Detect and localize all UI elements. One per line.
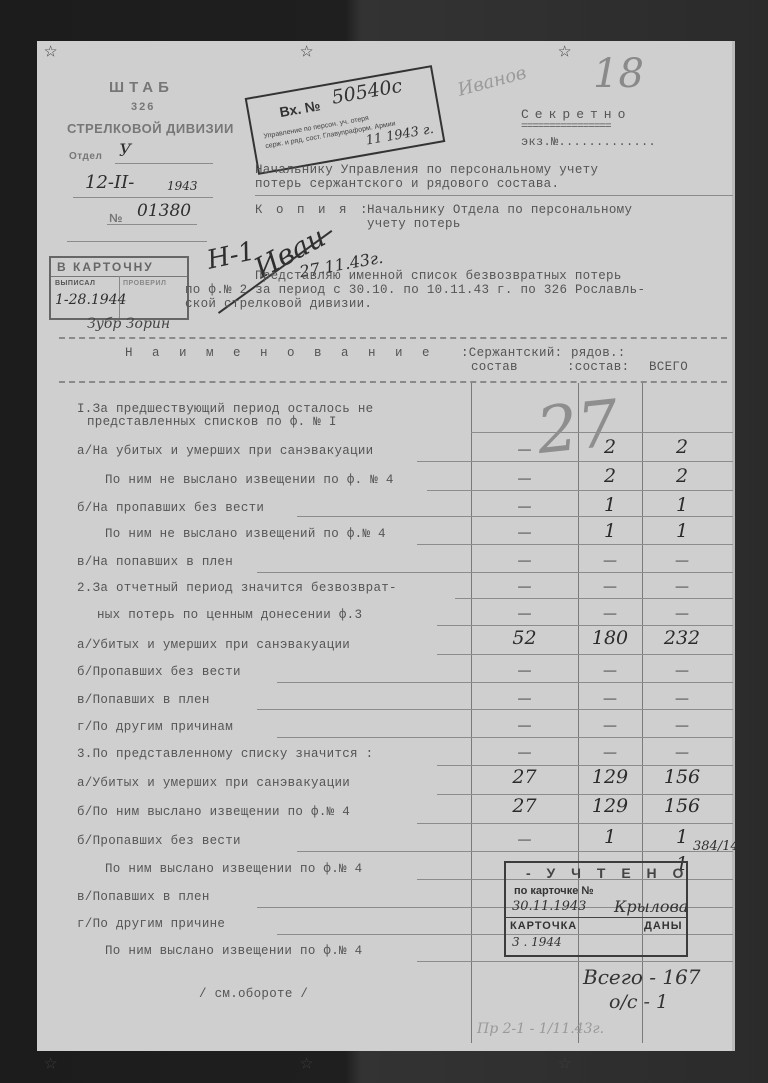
star-watermark-icon: ☆: [44, 1050, 57, 1076]
accounted-date: 30.11.1943: [512, 899, 586, 914]
year-value: 1943: [167, 179, 198, 193]
accounted-stamp: - У Ч Т Е Н О по карточке № 30.11.1943 К…: [504, 861, 688, 957]
row-rule: [277, 682, 733, 683]
org-title: ШТАБ: [109, 79, 174, 96]
row-rule: [297, 516, 733, 517]
row-0-label-2: представленных списков по ф. № I: [87, 415, 337, 429]
row-5-pvt: —: [578, 553, 642, 569]
row-2-label: По ним не выслано извещении по ф. № 4: [105, 473, 394, 487]
incoming-label: Вх. №: [278, 97, 321, 120]
row-9-sgt: —: [471, 663, 578, 679]
row-14-sgt: 27: [471, 795, 578, 817]
row-12-total: —: [642, 745, 722, 761]
table-header-rule: [59, 381, 727, 383]
copy-number: экз.№.............: [521, 135, 656, 149]
row-14-total: 156: [642, 795, 722, 817]
incoming-number: 50540с: [330, 75, 404, 109]
row-10-label: в/Попавших в плен: [77, 693, 210, 707]
star-watermark-icon: ☆: [44, 38, 57, 64]
intro-line3: ской стрелковой дивизии.: [185, 297, 372, 311]
row-7-pvt: —: [578, 606, 642, 622]
accounted-card-date: 3 . 1944: [512, 935, 562, 949]
row-11-pvt: —: [578, 718, 642, 734]
row-19-label: По ним выслано извещении по ф.№ 4: [105, 944, 362, 958]
row-rule: [417, 961, 733, 962]
total-note: Всего - 167: [583, 965, 701, 989]
accounted-card-title: КАРТОЧКА: [510, 920, 577, 932]
row-6-pvt: —: [578, 579, 642, 595]
row-2-pvt: 2: [578, 465, 642, 487]
accounted-signature: Крылова: [614, 897, 688, 916]
row-13-total: 156: [642, 766, 722, 788]
dept-value: У: [119, 141, 131, 161]
row-12-sgt: —: [471, 745, 578, 761]
secret-label: Секретно: [521, 107, 631, 122]
pencil-note: Пр 2-1 - 1/11.43г.: [477, 1021, 604, 1037]
header-sergeant: :Сержантский:: [461, 346, 562, 360]
row-10-pvt: —: [578, 691, 642, 707]
row-15-sgt: —: [471, 832, 578, 848]
row-0-label: I.За предшествующий период осталось не: [77, 402, 373, 416]
row-13-label: а/Убитых и умерших при санэвакуации: [77, 776, 350, 790]
card-stamp-title: В КАРТОЧНУ: [57, 260, 154, 274]
table-top-rule: [59, 337, 727, 339]
header-private-2: :состав:: [567, 360, 629, 374]
addressee-rule: [255, 195, 733, 196]
accounted-divider: [506, 917, 686, 918]
row-rule: [277, 737, 733, 738]
row-7-total: —: [642, 606, 722, 622]
intro-line2: по ф.№ 2 за период с 30.10. по 10.11.43 …: [185, 283, 645, 297]
header-sergeant-2: состав: [471, 360, 518, 374]
header-total: ВСЕГО: [649, 360, 688, 374]
card-stamp-value: 1-28.1944: [55, 292, 127, 308]
number-underline: [107, 224, 197, 225]
number-label: №: [109, 211, 124, 225]
card-stamp-col1: ВЫПИСАЛ: [55, 280, 95, 287]
date-value: 12-II-: [85, 172, 134, 193]
row-9-pvt: —: [578, 663, 642, 679]
card-stamp: В КАРТОЧНУ ВЫПИСАЛ ПРОВЕРИЛ 1-28.1944: [49, 256, 189, 320]
header-name: Н а и м е н о в а н и е: [125, 346, 436, 360]
row-3-label: б/На пропавших без вести: [77, 501, 264, 515]
row-3-pvt: 1: [578, 494, 642, 516]
row-rule: [417, 823, 733, 824]
row-14-label: б/По ним выслано извещении по ф.№ 4: [77, 805, 350, 819]
row-6-total: —: [642, 579, 722, 595]
row-14-pvt: 129: [578, 795, 642, 817]
row-11-label: г/По другим причинам: [77, 720, 233, 734]
accounted-title: - У Ч Т Е Н О: [526, 865, 689, 881]
row-8-label: а/Убитых и умерших при санэвакуации: [77, 638, 350, 652]
copy-label: К о п и я :: [255, 203, 371, 217]
row-4-label: По ним не выслано извещений по ф.№ 4: [105, 527, 386, 541]
row-5-label: в/На попавших в плен: [77, 555, 233, 569]
division-number: 326: [131, 101, 155, 113]
row-11-sgt: —: [471, 718, 578, 734]
star-watermark-icon: ☆: [300, 1050, 313, 1076]
addressee-line2: потерь сержантского и рядового состава.: [255, 177, 559, 191]
see-reverse: / см.обороте /: [199, 987, 308, 1001]
row-5-sgt: —: [471, 553, 578, 569]
row-7-sgt: —: [471, 606, 578, 622]
incoming-stamp: Вх. № 50540с Управление по персон. уч. о…: [245, 65, 446, 175]
row-6-label: 2.За отчетный период значится безвозврат…: [77, 581, 397, 595]
row-rule: [297, 851, 733, 852]
row-8-pvt: 180: [578, 627, 642, 649]
row-5-total: —: [642, 553, 722, 569]
row-6-sgt: —: [471, 579, 578, 595]
row-16-label: По ним выслано извещении по ф.№ 4: [105, 862, 362, 876]
row-rule: [437, 625, 733, 626]
row-10-sgt: —: [471, 691, 578, 707]
row-13-pvt: 129: [578, 766, 642, 788]
row-9-total: —: [642, 663, 722, 679]
row-2-sgt: —: [471, 471, 578, 487]
row-12-pvt: —: [578, 745, 642, 761]
row-10-total: —: [642, 691, 722, 707]
pencil-scribble: Иванов: [455, 62, 528, 100]
row-rule: [257, 572, 733, 573]
row-2-total: 2: [642, 465, 722, 487]
row-18-label: г/По другим причине: [77, 917, 225, 931]
accounted-card-right: ДАНЫ: [644, 920, 683, 932]
star-watermark-icon: ☆: [558, 1050, 571, 1076]
row-4-sgt: —: [471, 525, 578, 541]
card-stamp-signature: Зубр Зорин: [87, 316, 170, 332]
row-4-total: 1: [642, 520, 722, 542]
row-rule: [257, 709, 733, 710]
os-note: о/с - 1: [609, 991, 668, 1013]
star-watermark-icon: ☆: [300, 38, 313, 64]
row-3-sgt: —: [471, 499, 578, 515]
row-rule: [455, 598, 733, 599]
row-15-pvt: 1: [578, 826, 642, 848]
copy-line1: Начальнику Отдела по персональному: [367, 203, 632, 217]
row-rule: [417, 544, 733, 545]
row-15-label: б/Пропавших без вести: [77, 834, 241, 848]
number-value: 01380: [137, 201, 191, 221]
header-underline: [67, 241, 207, 242]
header-private: рядов.:: [571, 346, 626, 360]
row-1-label: а/На убитых и умерших при санэвакуации: [77, 444, 373, 458]
secret-underline: ================: [521, 121, 611, 133]
dept-underline: [115, 163, 213, 164]
row-1-total: 2: [642, 436, 722, 458]
row-11-total: —: [642, 718, 722, 734]
intro-line1: Представляю именной список безвозвратных…: [255, 269, 622, 283]
row-12-label: 3.По представленному списку значится :: [77, 747, 373, 761]
addressee-line1: Начальнику Управления по персональному у…: [255, 163, 598, 177]
division-name: СТРЕЛКОВОЙ ДИВИЗИИ: [67, 121, 234, 136]
row-8-sgt: 52: [471, 627, 578, 649]
star-watermark-icon: ☆: [558, 38, 571, 64]
row-13-sgt: 27: [471, 766, 578, 788]
row-9-label: б/Пропавших без вести: [77, 665, 241, 679]
row-rule: [427, 490, 733, 491]
card-stamp-col2: ПРОВЕРИЛ: [123, 280, 166, 287]
row-rule: [437, 654, 733, 655]
side-note: 384/14: [693, 839, 739, 854]
row-17-label: в/Попавших в плен: [77, 890, 210, 904]
accounted-card-label: по карточке №: [514, 885, 594, 897]
pencil-overlay-number: 27: [533, 387, 622, 469]
copy-line2: учету потерь: [367, 217, 461, 231]
date-underline: [73, 197, 213, 198]
row-7-label: ных потерь по ценным донесении ф.3: [97, 608, 362, 622]
pencil-sheet-number: 18: [593, 51, 644, 97]
row-8-total: 232: [642, 627, 722, 649]
row-4-pvt: 1: [578, 520, 642, 542]
dept-label: Отдел: [69, 151, 102, 162]
row-3-total: 1: [642, 494, 722, 516]
document-page: ШТАБ 326 СТРЕЛКОВОЙ ДИВИЗИИ Отдел У 12-I…: [37, 41, 735, 1051]
